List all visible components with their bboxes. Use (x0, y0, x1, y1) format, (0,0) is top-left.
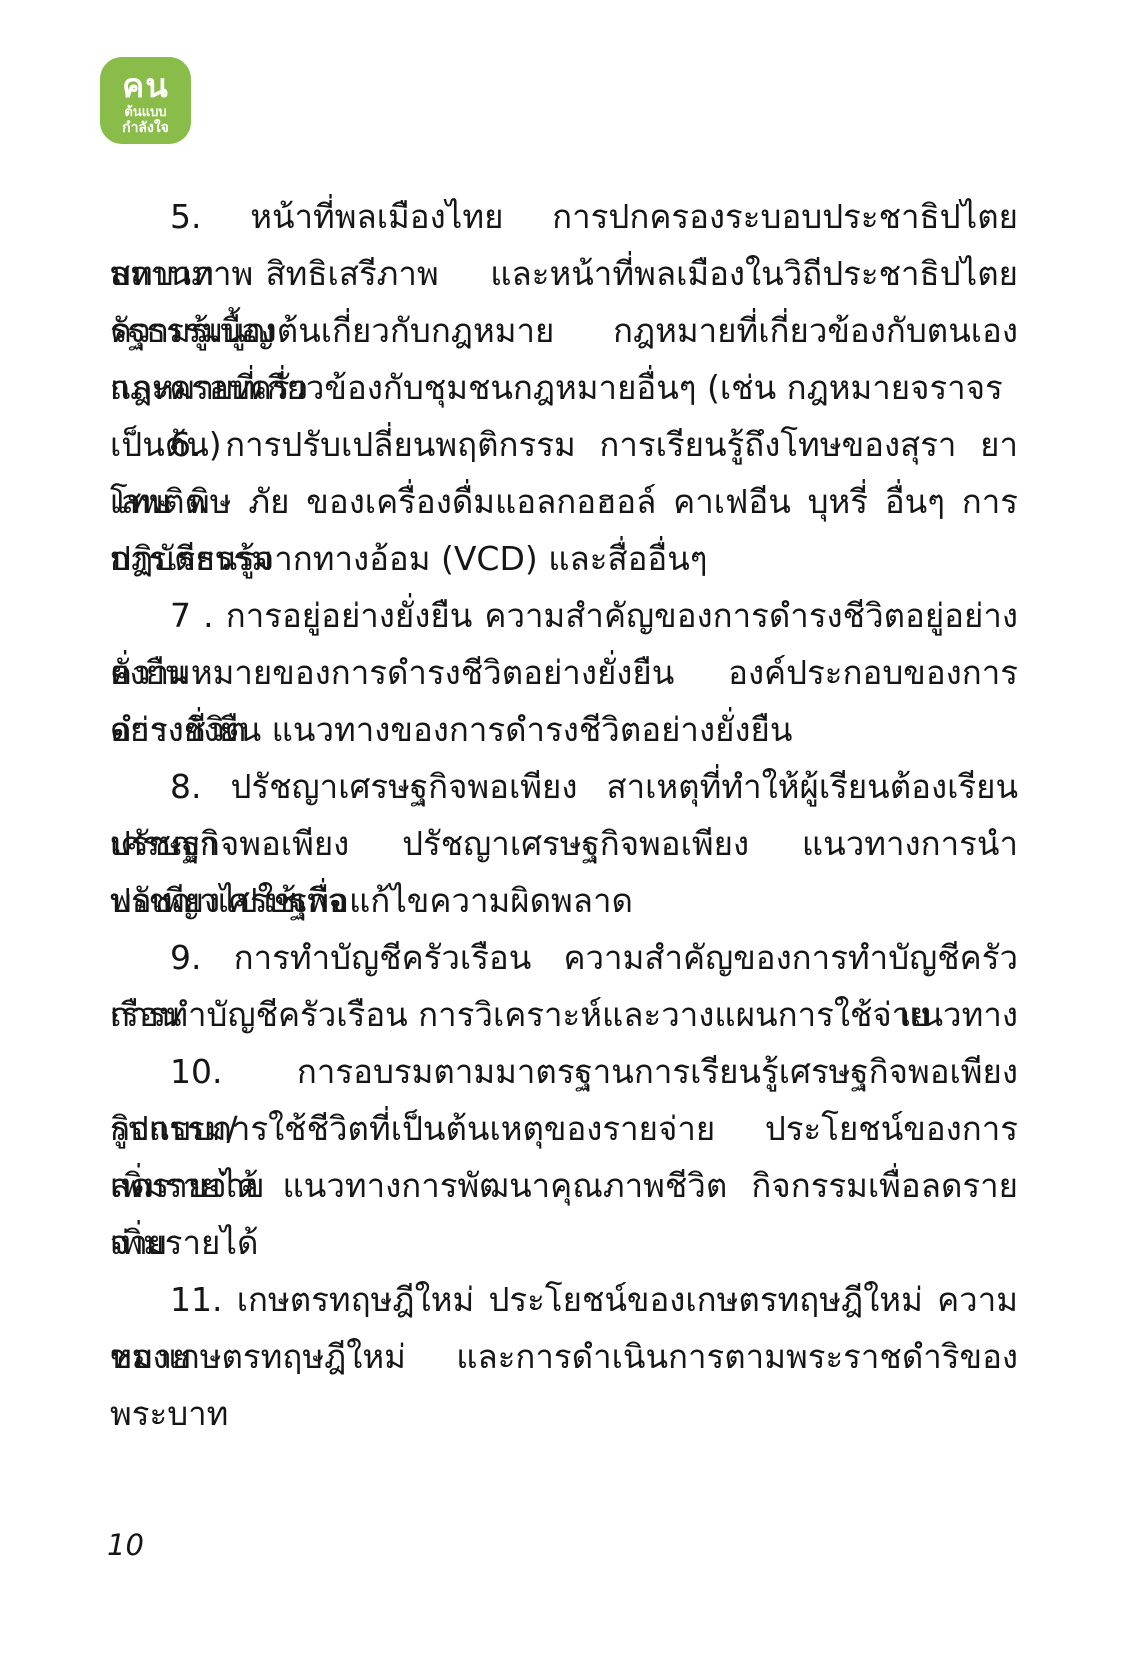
text-line-item10-1: 10. การอบรมตามมาตรฐานการเรียนรู้เศรษฐกิจ… (110, 1043, 1018, 1100)
logo-text-line1: คน (122, 69, 169, 102)
text-line-item8-1: 8. ปรัชญาเศรษฐกิจพอเพียง สาเหตุที่ทำให้ผ… (110, 758, 1018, 815)
text-line-item10-2: รูปแบบการใช้ชีวิตที่เป็นต้นเหตุของรายจ่า… (110, 1100, 1018, 1157)
body-text: 5. หน้าที่พลเมืองไทย การปกครองระบอบประชา… (110, 188, 1018, 1385)
text-line-item11-1: 11. เกษตรทฤษฎีใหม่ ประโยชน์ของเกษตรทฤษฎี… (110, 1271, 1018, 1328)
text-line-item5-2: บทบาท สิทธิเสรีภาพ และหน้าที่พลเมืองในวิ… (110, 245, 1018, 302)
text-line-item5-3: ความรู้เบื้องต้นเกี่ยวกับกฎหมาย กฎหมายที… (110, 302, 1018, 359)
text-line-item10-4: เพิ่มรายได้ (110, 1214, 1018, 1271)
text-line-item7-3: อย่างยั่งยืน แนวทางของการดำรงชีวิตอย่างย… (110, 701, 1018, 758)
text-line-item7-1: 7 . การอยู่อย่างยั่งยืน ความสำคัญของการด… (110, 587, 1018, 644)
text-line-item8-2: เศรษฐกิจพอเพียง ปรัชญาเศรษฐกิจพอเพียง แน… (110, 815, 1018, 872)
logo-text-line2: ต้นแบบ (124, 106, 166, 119)
text-line-item10-3: เพิ่มรายได้ แนวทางการพัฒนาคุณภาพชีวิต กิ… (110, 1157, 1018, 1214)
text-line-item11-2: ของเกษตรทฤษฎีใหม่ และการดำเนินการตามพระร… (110, 1328, 1018, 1385)
text-line-item9-2: การทำบัญชีครัวเรือน การวิเคราะห์และวางแผ… (110, 986, 1018, 1043)
text-line-item7-2: ความหมายของการดำรงชีวิตอย่างยั่งยืน องค์… (110, 644, 1018, 701)
text-line-item6-3: การเรียนรู้จากทางอ้อม (VCD) และสื่ออื่นๆ (110, 530, 1018, 587)
document-page: คน ต้นแบบ กำลังใจ 5. หน้าที่พลเมืองไทย ก… (0, 0, 1126, 1654)
text-line-item5-1: 5. หน้าที่พลเมืองไทย การปกครองระบอบประชา… (110, 188, 1018, 245)
text-line-item6-2: โทษ พิษ ภัย ของเครื่องดื่มแอลกอฮอล์ คาเฟ… (110, 473, 1018, 530)
text-line-item6-1: 6. การปรับเปลี่ยนพฤติกรรม การเรียนรู้ถึง… (110, 416, 1018, 473)
kamlangjai-logo: คน ต้นแบบ กำลังใจ (100, 57, 191, 144)
text-line-item8-3: พอเพียงไปใช้เพื่อแก้ไขความผิดพลาด (110, 872, 1018, 929)
page-number: 10 (107, 1528, 144, 1562)
text-line-item9-1: 9. การทำบัญชีครัวเรือน ความสำคัญของการทำ… (110, 929, 1018, 986)
text-line-item5-4: กฎหมายที่เกี่ยวข้องกับชุมชนกฎหมายอื่นๆ (… (110, 359, 1018, 416)
logo-text-line3: กำลังใจ (122, 121, 169, 135)
